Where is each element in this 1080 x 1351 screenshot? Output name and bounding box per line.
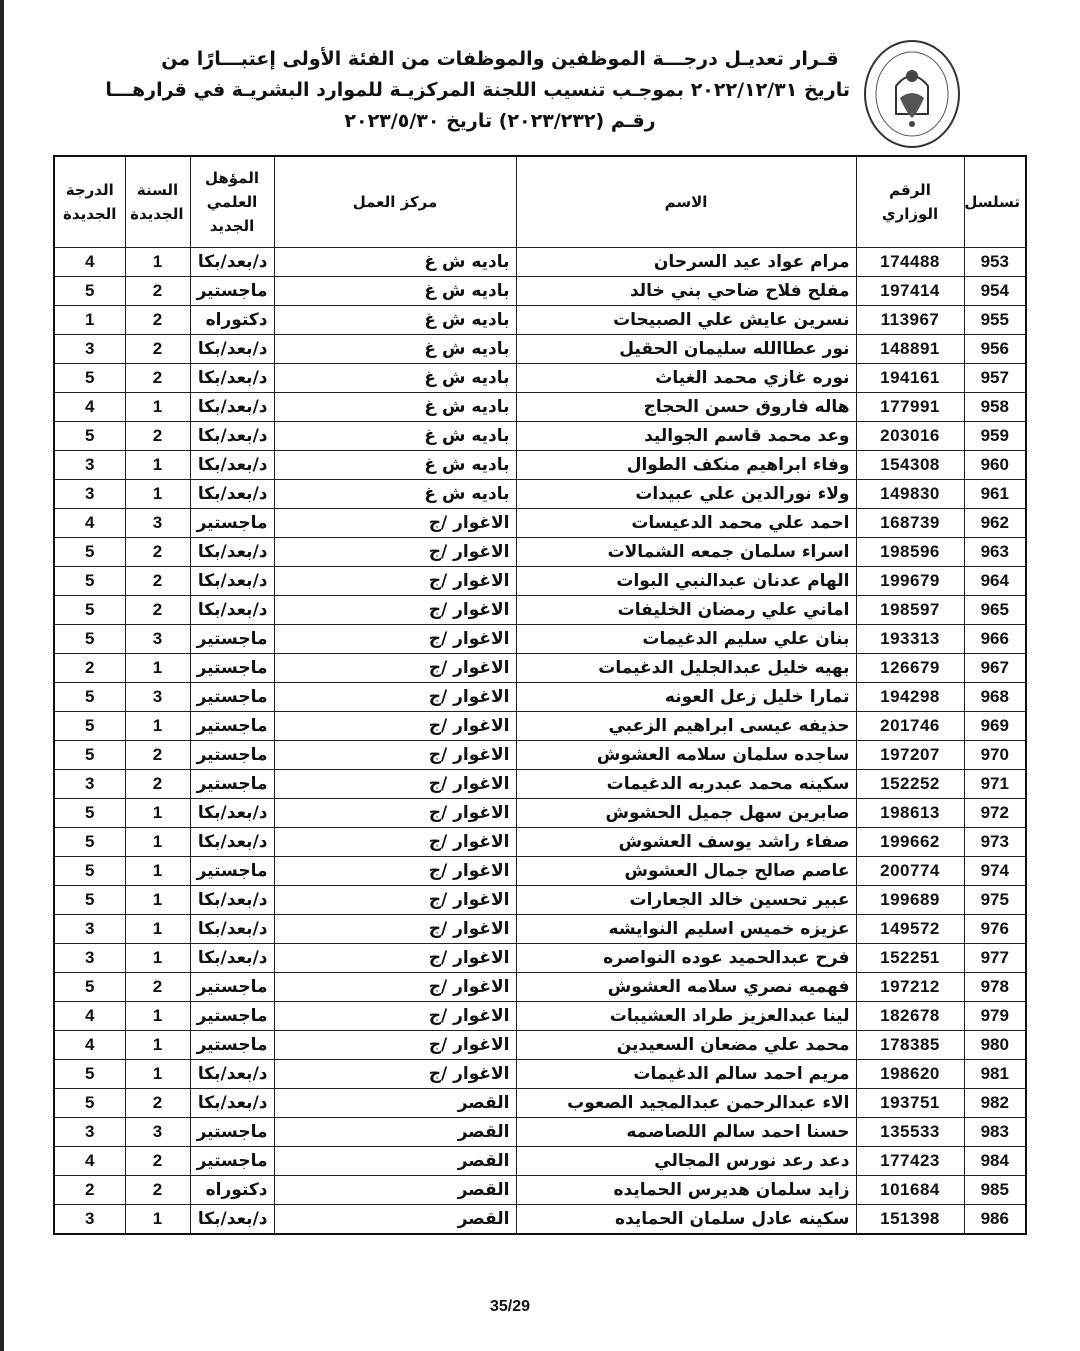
qualification-cell: د/بعد/بكا [190,335,274,364]
table-row: 953174488مرام عواد عيد السرحانباديه ش غد… [54,248,1026,277]
table-row: 968194298تمارا خليل زعل العونهالاغوار /ج… [54,683,1026,712]
name-cell: مريم احمد سالم الدغيمات [516,1060,856,1089]
ministry-id-cell: 113967 [856,306,964,335]
serial-cell: 976 [964,915,1026,944]
ministry-id-cell: 199689 [856,886,964,915]
name-cell: نور عطاالله سليمان الحقيل [516,335,856,364]
new-grade-cell: 5 [54,683,125,712]
name-cell: مرام عواد عيد السرحان [516,248,856,277]
table-body: 953174488مرام عواد عيد السرحانباديه ش غد… [54,248,1026,1235]
new-grade-cell: 3 [54,1118,125,1147]
serial-cell: 971 [964,770,1026,799]
crown-eagle-emblem-icon [866,42,958,146]
serial-cell: 959 [964,422,1026,451]
new-year-cell: 2 [125,538,190,567]
name-cell: حذيفه عيسى ابراهيم الزعبي [516,712,856,741]
table-row: 963198596اسراء سلمان جمعه الشمالاتالاغوا… [54,538,1026,567]
new-year-cell: 1 [125,1002,190,1031]
work-center-cell: الاغوار /ج [274,1002,516,1031]
work-center-cell: القصر [274,1205,516,1235]
header-ministry-id: الرقم الوزاري [856,156,964,248]
title-line-3: رقـم (٢٠٢٣/٢٣٢) تاريخ ٢٠٢٣/٥/٣٠ [150,106,850,137]
serial-cell: 977 [964,944,1026,973]
table-row: 961149830ولاء نورالدين علي عبيداتباديه ش… [54,480,1026,509]
name-cell: ساجده سلمان سلامه العشوش [516,741,856,770]
table-row: 969201746حذيفه عيسى ابراهيم الزعبيالاغوا… [54,712,1026,741]
serial-cell: 978 [964,973,1026,1002]
ministry-id-cell: 200774 [856,857,964,886]
serial-cell: 981 [964,1060,1026,1089]
ministry-id-cell: 197207 [856,741,964,770]
table-row: 981198620مريم احمد سالم الدغيماتالاغوار … [54,1060,1026,1089]
new-year-cell: 2 [125,1176,190,1205]
qualification-cell: ماجستير [190,741,274,770]
serial-cell: 975 [964,886,1026,915]
work-center-cell: القصر [274,1089,516,1118]
new-grade-cell: 5 [54,422,125,451]
serial-cell: 958 [964,393,1026,422]
qualification-cell: د/بعد/بكا [190,828,274,857]
qualification-cell: د/بعد/بكا [190,567,274,596]
serial-cell: 985 [964,1176,1026,1205]
qualification-cell: د/بعد/بكا [190,596,274,625]
ministry-id-cell: 199662 [856,828,964,857]
name-cell: نوره غازي محمد الغياث [516,364,856,393]
new-year-cell: 2 [125,1089,190,1118]
work-center-cell: القصر [274,1147,516,1176]
table-row: 978197212فهميه نصري سلامه العشوشالاغوار … [54,973,1026,1002]
ministry-id-cell: 198620 [856,1060,964,1089]
table-row: 973199662صفاء راشد يوسف العشوشالاغوار /ج… [54,828,1026,857]
qualification-cell: د/بعد/بكا [190,944,274,973]
new-year-cell: 2 [125,1147,190,1176]
new-year-cell: 2 [125,364,190,393]
work-center-cell: الاغوار /ج [274,596,516,625]
table-row: 975199689عبير تحسين خالد الجعاراتالاغوار… [54,886,1026,915]
table-row: 984177423دعد رعد نورس المجاليالقصرماجستي… [54,1147,1026,1176]
ministry-id-cell: 198613 [856,799,964,828]
table-row: 970197207ساجده سلمان سلامه العشوشالاغوار… [54,741,1026,770]
ministry-id-cell: 101684 [856,1176,964,1205]
scan-edge [0,0,4,1351]
qualification-cell: د/بعد/بكا [190,364,274,393]
ministry-id-cell: 199679 [856,567,964,596]
name-cell: لينا عبدالعزيز طراد العشيبات [516,1002,856,1031]
header-serial: تسلسل [964,156,1026,248]
qualification-cell: د/بعد/بكا [190,915,274,944]
name-cell: بنان علي سليم الدغيمات [516,625,856,654]
new-grade-cell: 2 [54,1176,125,1205]
name-cell: محمد علي مضعان السعيدين [516,1031,856,1060]
table-row: 960154308وفاء ابراهيم منكف الطوالباديه ش… [54,451,1026,480]
name-cell: سكينه محمد عبدربه الدغيمات [516,770,856,799]
new-year-cell: 2 [125,335,190,364]
new-grade-cell: 5 [54,567,125,596]
name-cell: ولاء نورالدين علي عبيدات [516,480,856,509]
ministry-id-cell: 197212 [856,973,964,1002]
ministry-id-cell: 178385 [856,1031,964,1060]
ministry-id-cell: 201746 [856,712,964,741]
serial-cell: 953 [964,248,1026,277]
work-center-cell: الاغوار /ج [274,625,516,654]
new-grade-cell: 5 [54,1060,125,1089]
new-grade-cell: 3 [54,1205,125,1235]
serial-cell: 974 [964,857,1026,886]
new-year-cell: 1 [125,828,190,857]
work-center-cell: الاغوار /ج [274,1031,516,1060]
header-new-grade: الدرجة الجديدة [54,156,125,248]
new-grade-cell: 4 [54,1147,125,1176]
table-row: 957194161نوره غازي محمد الغياثباديه ش غد… [54,364,1026,393]
table-row: 965198597اماني علي رمضان الخليفاتالاغوار… [54,596,1026,625]
new-grade-cell: 5 [54,886,125,915]
new-grade-cell: 3 [54,770,125,799]
header-new-year: السنة الجديدة [125,156,190,248]
title-line-2: تاريخ ٢٠٢٢/١٢/٣١ بموجـب تنسيب اللجنة الم… [150,75,850,106]
document-title: قـرار تعديـل درجـــة الموظفين والموظفات … [150,44,850,137]
new-year-cell: 2 [125,422,190,451]
work-center-cell: الاغوار /ج [274,770,516,799]
name-cell: اسراء سلمان جمعه الشمالات [516,538,856,567]
ministry-id-cell: 177423 [856,1147,964,1176]
work-center-cell: باديه ش غ [274,364,516,393]
serial-cell: 956 [964,335,1026,364]
serial-cell: 960 [964,451,1026,480]
work-center-cell: باديه ش غ [274,335,516,364]
table-row: 985101684زايد سلمان هديرس الحمايدهالقصرد… [54,1176,1026,1205]
new-grade-cell: 3 [54,944,125,973]
table-row: 974200774عاصم صالح جمال العشوشالاغوار /ج… [54,857,1026,886]
new-year-cell: 1 [125,1205,190,1235]
ministry-id-cell: 152251 [856,944,964,973]
new-year-cell: 1 [125,712,190,741]
table-row: 956148891نور عطاالله سليمان الحقيلباديه … [54,335,1026,364]
work-center-cell: باديه ش غ [274,306,516,335]
new-grade-cell: 4 [54,393,125,422]
work-center-cell: باديه ش غ [274,480,516,509]
work-center-cell: الاغوار /ج [274,828,516,857]
new-grade-cell: 5 [54,712,125,741]
ministry-id-cell: 197414 [856,277,964,306]
work-center-cell: باديه ش غ [274,277,516,306]
new-grade-cell: 5 [54,857,125,886]
table-row: 958177991هاله فاروق حسن الحجاجباديه ش غد… [54,393,1026,422]
serial-cell: 965 [964,596,1026,625]
new-year-cell: 1 [125,1060,190,1089]
work-center-cell: القصر [274,1118,516,1147]
name-cell: نسرين عايش علي الصبيحات [516,306,856,335]
qualification-cell: ماجستير [190,1118,274,1147]
ministry-id-cell: 148891 [856,335,964,364]
qualification-cell: دكتوراه [190,1176,274,1205]
name-cell: دعد رعد نورس المجالي [516,1147,856,1176]
qualification-cell: ماجستير [190,1031,274,1060]
new-year-cell: 1 [125,944,190,973]
qualification-cell: ماجستير [190,654,274,683]
new-year-cell: 1 [125,1031,190,1060]
table-row: 964199679الهام عدنان عبدالنبي البواتالاغ… [54,567,1026,596]
name-cell: وعد محمد قاسم الجواليد [516,422,856,451]
ministry-id-cell: 193751 [856,1089,964,1118]
work-center-cell: الاغوار /ج [274,567,516,596]
name-cell: سكينه عادل سلمان الحمايده [516,1205,856,1235]
work-center-cell: باديه ش غ [274,248,516,277]
work-center-cell: باديه ش غ [274,422,516,451]
qualification-cell: د/بعد/بكا [190,1060,274,1089]
table-row: 976149572عزيزه خميس اسليم النوايشهالاغوا… [54,915,1026,944]
new-year-cell: 3 [125,509,190,538]
name-cell: عبير تحسين خالد الجعارات [516,886,856,915]
table-row: 971152252سكينه محمد عبدربه الدغيماتالاغو… [54,770,1026,799]
page-number: 35/29 [490,1298,530,1316]
new-grade-cell: 5 [54,799,125,828]
name-cell: زايد سلمان هديرس الحمايده [516,1176,856,1205]
name-cell: الاء عبدالرحمن عبدالمجيد الصعوب [516,1089,856,1118]
table-row: 967126679بهيه خليل عبدالجليل الدغيماتالا… [54,654,1026,683]
work-center-cell: الاغوار /ج [274,1060,516,1089]
work-center-cell: باديه ش غ [274,393,516,422]
new-year-cell: 1 [125,857,190,886]
table-row: 954197414مفلح فلاح ضاحي بني خالدباديه ش … [54,277,1026,306]
ministry-id-cell: 126679 [856,654,964,683]
qualification-cell: د/بعد/بكا [190,1205,274,1235]
name-cell: بهيه خليل عبدالجليل الدغيمات [516,654,856,683]
new-year-cell: 3 [125,1118,190,1147]
ministry-id-cell: 198597 [856,596,964,625]
serial-cell: 963 [964,538,1026,567]
new-year-cell: 1 [125,480,190,509]
work-center-cell: الاغوار /ج [274,944,516,973]
serial-cell: 970 [964,741,1026,770]
serial-cell: 972 [964,799,1026,828]
new-grade-cell: 5 [54,538,125,567]
name-cell: فرح عبدالحميد عوده النواصره [516,944,856,973]
table-row: 962168739احمد علي محمد الدعيساتالاغوار /… [54,509,1026,538]
serial-cell: 979 [964,1002,1026,1031]
table-row: 972198613صابرين سهل جميل الحشوشالاغوار /… [54,799,1026,828]
ministry-id-cell: 194161 [856,364,964,393]
qualification-cell: د/بعد/بكا [190,393,274,422]
serial-cell: 983 [964,1118,1026,1147]
ministry-id-cell: 151398 [856,1205,964,1235]
name-cell: عاصم صالح جمال العشوش [516,857,856,886]
work-center-cell: الاغوار /ج [274,654,516,683]
new-year-cell: 2 [125,306,190,335]
qualification-cell: ماجستير [190,277,274,306]
new-year-cell: 1 [125,886,190,915]
serial-cell: 955 [964,306,1026,335]
new-grade-cell: 2 [54,654,125,683]
work-center-cell: الاغوار /ج [274,683,516,712]
qualification-cell: د/بعد/بكا [190,248,274,277]
new-grade-cell: 4 [54,1002,125,1031]
ministry-id-cell: 182678 [856,1002,964,1031]
table-row: 959203016وعد محمد قاسم الجواليدباديه ش غ… [54,422,1026,451]
ministry-id-cell: 154308 [856,451,964,480]
new-grade-cell: 5 [54,741,125,770]
ministry-id-cell: 203016 [856,422,964,451]
new-year-cell: 1 [125,915,190,944]
table-row: 983135533حسنا احمد سالم اللصاصمهالقصرماج… [54,1118,1026,1147]
table-header-row: تسلسل الرقم الوزاري الاسم مركز العمل الم… [54,156,1026,248]
qualification-cell: ماجستير [190,712,274,741]
table-row: 966193313بنان علي سليم الدغيماتالاغوار /… [54,625,1026,654]
name-cell: اماني علي رمضان الخليفات [516,596,856,625]
header-work-center: مركز العمل [274,156,516,248]
table-row: 980178385محمد علي مضعان السعيدينالاغوار … [54,1031,1026,1060]
new-year-cell: 2 [125,741,190,770]
new-year-cell: 3 [125,683,190,712]
qualification-cell: ماجستير [190,857,274,886]
qualification-cell: د/بعد/بكا [190,886,274,915]
serial-cell: 969 [964,712,1026,741]
serial-cell: 967 [964,654,1026,683]
name-cell: مفلح فلاح ضاحي بني خالد [516,277,856,306]
name-cell: حسنا احمد سالم اللصاصمه [516,1118,856,1147]
serial-cell: 966 [964,625,1026,654]
ministry-id-cell: 152252 [856,770,964,799]
serial-cell: 964 [964,567,1026,596]
new-year-cell: 2 [125,596,190,625]
qualification-cell: ماجستير [190,625,274,654]
work-center-cell: الاغوار /ج [274,741,516,770]
qualification-cell: ماجستير [190,1147,274,1176]
serial-cell: 984 [964,1147,1026,1176]
header-name: الاسم [516,156,856,248]
ministry-id-cell: 149830 [856,480,964,509]
qualification-cell: ماجستير [190,1002,274,1031]
work-center-cell: الاغوار /ج [274,857,516,886]
qualification-cell: ماجستير [190,509,274,538]
new-year-cell: 1 [125,248,190,277]
name-cell: هاله فاروق حسن الحجاج [516,393,856,422]
qualification-cell: د/بعد/بكا [190,799,274,828]
ministry-id-cell: 135533 [856,1118,964,1147]
new-year-cell: 3 [125,625,190,654]
new-grade-cell: 3 [54,451,125,480]
name-cell: صفاء راشد يوسف العشوش [516,828,856,857]
new-grade-cell: 3 [54,335,125,364]
table-row: 979182678لينا عبدالعزيز طراد العشيباتالا… [54,1002,1026,1031]
new-grade-cell: 1 [54,306,125,335]
table-row: 977152251فرح عبدالحميد عوده النواصرهالاغ… [54,944,1026,973]
new-grade-cell: 3 [54,915,125,944]
employees-grade-table: تسلسل الرقم الوزاري الاسم مركز العمل الم… [53,155,1027,1235]
new-grade-cell: 4 [54,248,125,277]
work-center-cell: الاغوار /ج [274,973,516,1002]
name-cell: وفاء ابراهيم منكف الطوال [516,451,856,480]
new-grade-cell: 4 [54,509,125,538]
ministry-id-cell: 194298 [856,683,964,712]
new-grade-cell: 5 [54,596,125,625]
name-cell: احمد علي محمد الدعيسات [516,509,856,538]
new-year-cell: 2 [125,770,190,799]
new-year-cell: 2 [125,567,190,596]
name-cell: تمارا خليل زعل العونه [516,683,856,712]
qualification-cell: ماجستير [190,770,274,799]
ministry-id-cell: 177991 [856,393,964,422]
new-grade-cell: 4 [54,1031,125,1060]
serial-cell: 962 [964,509,1026,538]
ministry-id-cell: 198596 [856,538,964,567]
new-grade-cell: 5 [54,973,125,1002]
work-center-cell: الاغوار /ج [274,538,516,567]
serial-cell: 957 [964,364,1026,393]
qualification-cell: دكتوراه [190,306,274,335]
ministry-id-cell: 168739 [856,509,964,538]
new-grade-cell: 3 [54,480,125,509]
new-year-cell: 2 [125,973,190,1002]
qualification-cell: د/بعد/بكا [190,451,274,480]
title-line-1: قـرار تعديـل درجـــة الموظفين والموظفات … [150,44,850,75]
qualification-cell: د/بعد/بكا [190,480,274,509]
work-center-cell: الاغوار /ج [274,886,516,915]
ministry-seal-icon [864,40,960,148]
serial-cell: 982 [964,1089,1026,1118]
new-grade-cell: 5 [54,364,125,393]
qualification-cell: د/بعد/بكا [190,1089,274,1118]
serial-cell: 954 [964,277,1026,306]
ministry-id-cell: 174488 [856,248,964,277]
work-center-cell: الاغوار /ج [274,712,516,741]
work-center-cell: الاغوار /ج [274,915,516,944]
ministry-id-cell: 193313 [856,625,964,654]
work-center-cell: الاغوار /ج [274,799,516,828]
ministry-id-cell: 149572 [856,915,964,944]
new-year-cell: 2 [125,277,190,306]
qualification-cell: د/بعد/بكا [190,422,274,451]
header-qualification: المؤهل العلمي الجديد [190,156,274,248]
name-cell: فهميه نصري سلامه العشوش [516,973,856,1002]
new-grade-cell: 5 [54,828,125,857]
new-year-cell: 1 [125,451,190,480]
new-grade-cell: 5 [54,625,125,654]
qualification-cell: ماجستير [190,973,274,1002]
new-year-cell: 1 [125,654,190,683]
serial-cell: 986 [964,1205,1026,1235]
name-cell: الهام عدنان عبدالنبي البوات [516,567,856,596]
work-center-cell: باديه ش غ [274,451,516,480]
serial-cell: 961 [964,480,1026,509]
work-center-cell: الاغوار /ج [274,509,516,538]
serial-cell: 968 [964,683,1026,712]
new-grade-cell: 5 [54,277,125,306]
new-year-cell: 1 [125,393,190,422]
new-grade-cell: 5 [54,1089,125,1118]
new-year-cell: 1 [125,799,190,828]
table-row: 955113967نسرين عايش علي الصبيحاتباديه ش … [54,306,1026,335]
serial-cell: 973 [964,828,1026,857]
work-center-cell: القصر [274,1176,516,1205]
serial-cell: 980 [964,1031,1026,1060]
name-cell: عزيزه خميس اسليم النوايشه [516,915,856,944]
table-row: 986151398سكينه عادل سلمان الحمايدهالقصرد… [54,1205,1026,1235]
table-row: 982193751الاء عبدالرحمن عبدالمجيد الصعوب… [54,1089,1026,1118]
qualification-cell: د/بعد/بكا [190,538,274,567]
qualification-cell: ماجستير [190,683,274,712]
name-cell: صابرين سهل جميل الحشوش [516,799,856,828]
